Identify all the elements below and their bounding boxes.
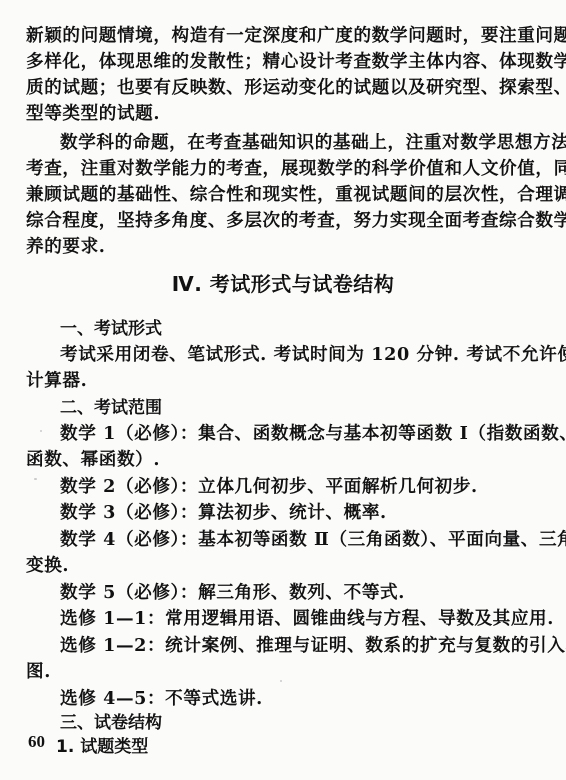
scope-line: 选修 1—1：常用逻辑用语、圆锥曲线与方程、导数及其应用. xyxy=(60,608,518,630)
scope-line: 变换. xyxy=(26,555,518,577)
scan-speck xyxy=(34,478,37,480)
document-page: 新颖的问题情境，构造有一定深度和广度的数学问题时，要注重问题的 多样化，体现思维… xyxy=(0,0,566,780)
scope-line: 数学 4（必修）：基本初等函数 Ⅱ（三角函数）、平面向量、三角恒等 xyxy=(60,529,518,551)
scope-line: 数学 5（必修）：解三角形、数列、不等式. xyxy=(60,582,518,604)
section-heading: Ⅳ. 考试形式与试卷结构 xyxy=(0,268,566,297)
paragraph-line: 综合程度，坚持多角度、多层次的考查，努力实现全面考查综合数学素 xyxy=(26,210,518,232)
scan-speck xyxy=(30,380,33,382)
paragraph-line: 质的试题；也要有反映数、形运动变化的试题以及研究型、探索型、开放 xyxy=(26,77,518,99)
scope-line: 图. xyxy=(26,661,518,683)
paragraph-line: 多样化，体现思维的发散性；精心设计考查数学主体内容、体现数学素 xyxy=(26,51,518,73)
scan-speck xyxy=(40,430,42,432)
paragraph-line: 兼顾试题的基础性、综合性和现实性，重视试题间的层次性，合理调控 xyxy=(26,184,518,206)
page-number: 60 xyxy=(28,732,45,752)
subsection-title-exam-scope: 二、考试范围 xyxy=(60,397,162,419)
scan-speck xyxy=(280,680,282,682)
scan-speck xyxy=(150,725,152,727)
paragraph-line: 考试采用闭卷、笔试形式. 考试时间为 120 分钟. 考试不允许使用 xyxy=(60,344,518,366)
subsection-title-exam-form: 一、考试形式 xyxy=(60,318,162,340)
paragraph-line: 数学科的命题，在考查基础知识的基础上，注重对数学思想方法的 xyxy=(60,132,518,154)
item-question-types: 1. 试题类型 xyxy=(56,736,148,758)
scope-line: 选修 1—2：统计案例、推理与证明、数系的扩充与复数的引入、框 xyxy=(60,635,518,657)
scope-line: 数学 1（必修）：集合、函数概念与基本初等函数 Ⅰ（指数函数、对数 xyxy=(60,423,518,445)
paragraph-line: 考查，注重对数学能力的考查，展现数学的科学价值和人文价值，同时 xyxy=(26,158,518,180)
subsection-title-paper-structure: 三、试卷结构 xyxy=(60,712,162,734)
paragraph-line: 型等类型的试题. xyxy=(26,103,518,125)
paragraph-line: 计算器. xyxy=(26,370,518,392)
scope-line: 函数、幂函数）. xyxy=(26,449,518,471)
scope-line: 选修 4—5：不等式选讲. xyxy=(60,688,518,710)
paragraph-line: 新颖的问题情境，构造有一定深度和广度的数学问题时，要注重问题的 xyxy=(26,25,518,47)
paragraph-line: 养的要求. xyxy=(26,236,518,258)
scope-line: 数学 3（必修）：算法初步、统计、概率. xyxy=(60,502,518,524)
scope-line: 数学 2（必修）：立体几何初步、平面解析几何初步. xyxy=(60,476,518,498)
